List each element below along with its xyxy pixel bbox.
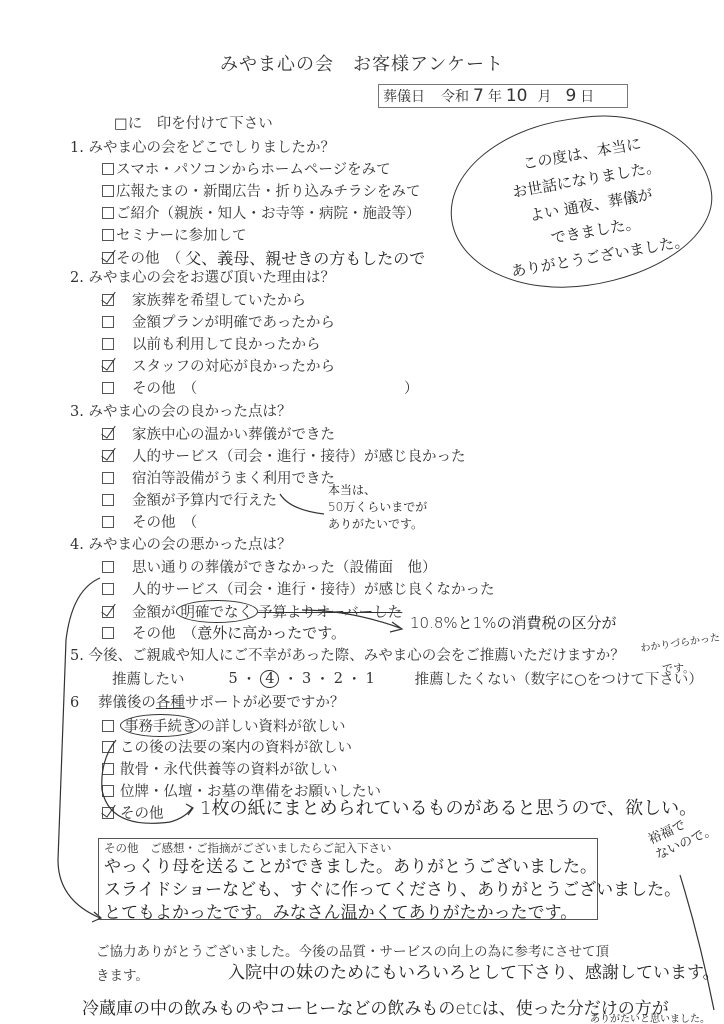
comment-line: スライドショーなども、すぐに作ってくださり、ありがとうございました。 — [104, 879, 681, 902]
closing-text-line1: ご協力ありがとうございました。今後の品質・サービスの向上の為に参考にさせて頂 — [96, 940, 609, 960]
closing-handwritten-1: 入院中の妹のためにもいろいろとして下さり、感謝しています。 — [228, 958, 720, 983]
comment-box-handwriting[interactable]: やっくり母を送ることができました。ありがとうございました。 スライドショーなども… — [104, 856, 681, 925]
closing-text-line2: きます。 — [96, 964, 149, 984]
closing-handwritten-2: 冷蔵庫の中の飲みものやコーヒーなどの飲みものetcは、使った分だけの方が — [82, 994, 669, 1019]
comment-line: とてもよかったです。みなさん温かくてありがたかったです。 — [104, 902, 681, 925]
comment-line: やっくり母を送ることができました。ありがとうございました。 — [104, 856, 681, 879]
closing-handwritten-3: ありがたいと思いました。 — [590, 1010, 710, 1024]
comment-box-label: その他 ご感想・ご指摘がございましたらご記入下さい — [104, 840, 392, 856]
